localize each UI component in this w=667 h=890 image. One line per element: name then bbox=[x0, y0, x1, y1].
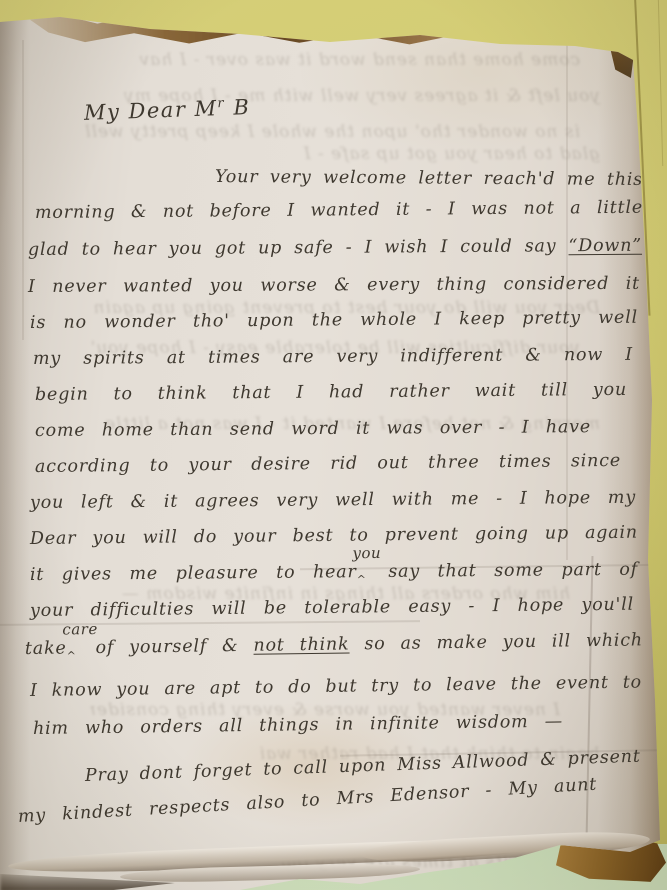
line-text: I never wanted you worse & every thing c… bbox=[28, 274, 640, 297]
photo-of-handwritten-letter: come home than send word it was over - I… bbox=[0, 0, 667, 890]
line-text: say that some part of bbox=[371, 560, 638, 582]
underlined-text: not think bbox=[253, 634, 349, 655]
letter-line-3: glad to hear you got up safe - I wish I … bbox=[28, 235, 642, 261]
salutation-addressee: B bbox=[225, 95, 251, 120]
left-edge-shading bbox=[0, 0, 30, 890]
inserted-word: you^ bbox=[357, 561, 371, 585]
line-text: you left & it agrees very well with me -… bbox=[30, 488, 636, 513]
line-text: Dear you will do your best to prevent go… bbox=[30, 523, 638, 549]
caret-mark: ^ bbox=[67, 645, 77, 667]
bleedthrough-line: is no wonder tho' upon the whole I keep … bbox=[70, 122, 580, 142]
letter-line-11: Dear you will do your best to prevent go… bbox=[30, 522, 638, 550]
salutation: My Dear Mr B bbox=[84, 95, 251, 125]
letter-line-16: him who orders all things in infinite wi… bbox=[33, 711, 563, 740]
line-text: him who orders all things in infinite wi… bbox=[33, 712, 563, 739]
letter-line-2: morning & not before I wanted it - I was… bbox=[35, 197, 643, 224]
inserted-word: care^ bbox=[66, 637, 80, 661]
line-text: of yourself & bbox=[80, 636, 253, 658]
letter-line-4: I never wanted you worse & every thing c… bbox=[28, 273, 640, 298]
letter-line-1: Your very welcome letter reach'd me this bbox=[215, 166, 643, 191]
fold-crease bbox=[22, 40, 24, 340]
fold-crease bbox=[566, 40, 568, 560]
underlined-text: “Down” bbox=[568, 236, 642, 257]
salutation-text: My Dear M bbox=[84, 96, 218, 125]
bleedthrough-line: come home than send word it was over - I… bbox=[140, 50, 580, 70]
letter-line-10: you left & it agrees very well with me -… bbox=[30, 487, 636, 514]
letter-line-13: your difficulties will be tolerable easy… bbox=[30, 594, 634, 622]
line-text: I know you are apt to do but try to leav… bbox=[30, 672, 642, 701]
letter-line-8: come home than send word it was over - I… bbox=[35, 416, 591, 442]
letter-line-9: according to your desire rid out three t… bbox=[35, 450, 621, 478]
letter-line-14: takecare^ of yourself & not think so as … bbox=[25, 629, 643, 662]
line-text: your difficulties will be tolerable easy… bbox=[30, 595, 634, 621]
bleedthrough-line: glad to hear you got up safe - I wish I … bbox=[300, 144, 600, 164]
line-text: so as make you ill which bbox=[349, 630, 643, 654]
line-text: is no wonder tho' upon the whole I keep … bbox=[30, 308, 638, 333]
letter-sheet: come home than send word it was over - I… bbox=[0, 0, 667, 890]
line-text: according to your desire rid out three t… bbox=[35, 451, 621, 477]
line-text: morning & not before I wanted it - I was… bbox=[35, 198, 643, 223]
letter-line-7: begin to think that I had rather wait ti… bbox=[35, 379, 627, 406]
line-text: Your very welcome letter reach'd me this bbox=[215, 167, 643, 190]
line-text: take bbox=[25, 638, 67, 659]
line-text: come home than send word it was over - I… bbox=[35, 417, 591, 441]
line-text: it gives me pleasure to hear bbox=[30, 562, 357, 585]
line-text: begin to think that I had rather wait ti… bbox=[35, 380, 627, 405]
letter-line-5: is no wonder tho' upon the whole I keep … bbox=[30, 307, 638, 334]
letter-line-15: I know you are apt to do but try to leav… bbox=[30, 671, 642, 702]
caret-mark: ^ bbox=[357, 569, 367, 591]
letter-line-12: it gives me pleasure to hearyou^ say tha… bbox=[30, 559, 638, 588]
line-text: my spirits at times are very indifferent… bbox=[33, 345, 633, 369]
line-text: glad to hear you got up safe - I wish I … bbox=[28, 236, 569, 260]
letter-line-6: my spirits at times are very indifferent… bbox=[33, 344, 633, 370]
